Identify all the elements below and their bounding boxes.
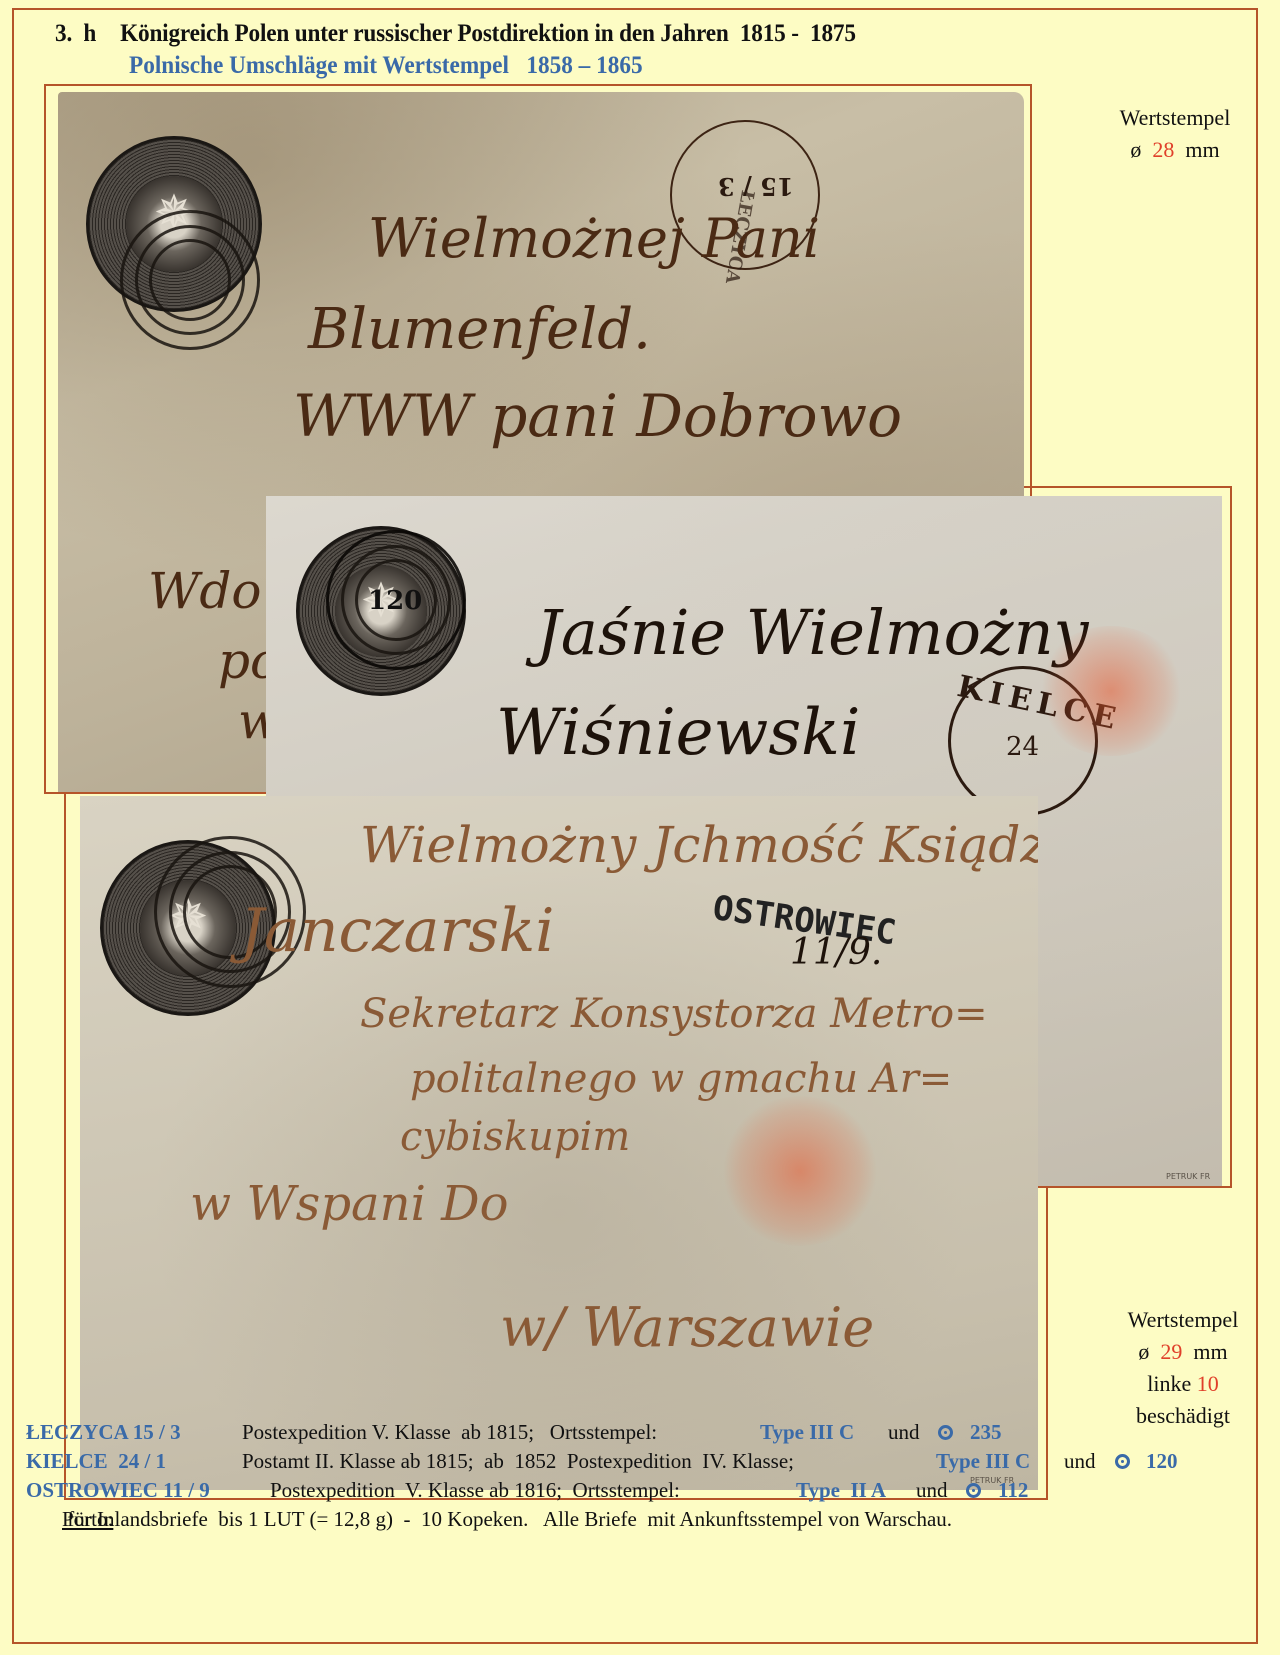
caption-number: 120 <box>1146 1447 1178 1476</box>
address-line: Wiśniewski <box>496 696 860 770</box>
numeral-cancel-number: 120 <box>368 586 422 616</box>
caption-row: ŁECZYCA 15 / 3 Postexpedition V. Klasse … <box>26 1418 47 1447</box>
address-line: Janczarski <box>240 896 554 966</box>
address-line: cybiskupim <box>400 1114 630 1160</box>
target-icon <box>1115 1454 1130 1469</box>
postmark-date: 24 <box>1006 732 1039 762</box>
address-line: Jaśnie Wielmożny <box>536 596 1089 669</box>
note-label: Wertstempel <box>1098 1304 1268 1336</box>
caption-und: und <box>916 1476 948 1505</box>
address-line: politalnego w gmachu Ar= <box>410 1056 952 1102</box>
captions: ŁECZYCA 15 / 3 Postexpedition V. Klasse … <box>26 1418 47 1534</box>
address-line: Blumenfeld. <box>308 297 651 362</box>
caption-text: Postexpedition V. Klasse ab 1815; Ortsst… <box>242 1418 657 1447</box>
printer-imprint: PETRUK FR <box>1166 1172 1210 1181</box>
caption-und: und <box>888 1418 920 1447</box>
postmark-date-manuscript: 11/9. <box>790 932 882 973</box>
caption-place: KIELCE 24 / 1 <box>26 1447 166 1476</box>
address-line: WWW pani Dobrowo <box>293 382 902 450</box>
note-label: Wertstempel <box>1090 102 1260 134</box>
caption-row: KIELCE 24 / 1 Postamt II. Klasse ab 1815… <box>26 1447 47 1476</box>
caption-type: Type III C <box>760 1418 854 1447</box>
note-damage-suffix: beschädigt <box>1098 1400 1268 1432</box>
porto-text: für Inlandsbriefe bis 1 LUT (= 12,8 g) -… <box>62 1505 952 1534</box>
page-title: 3. hKönigreich Polen unter russischer Po… <box>55 20 856 48</box>
page-subtitle: Polnische Umschläge mit Wertstempel 1858… <box>129 52 643 80</box>
address-line: Wielmożny Jchmość Ksiądz <box>360 816 1038 874</box>
title-text: Königreich Polen unter russischer Postdi… <box>120 20 856 47</box>
address-line: Sekretarz Konsystorza Metro= <box>360 991 988 1037</box>
address-line: w/ Warszawie <box>500 1296 874 1359</box>
note-damage: linke 10 <box>1098 1368 1268 1400</box>
address-line: Wdo <box>148 562 262 620</box>
red-arrival-postmark <box>720 1096 880 1246</box>
caption-text: Postamt II. Klasse ab 1815; ab 1852 Post… <box>242 1447 794 1476</box>
porto-row: Porto: für Inlandsbriefe bis 1 LUT (= 12… <box>26 1505 47 1534</box>
section-number: 3. h <box>55 20 120 48</box>
target-icon <box>966 1483 981 1498</box>
caption-und: und <box>1064 1447 1096 1476</box>
caption-place: OSTROWIEC 11 / 9 <box>26 1476 210 1505</box>
stamp-size-note-bottom: Wertstempel ø 29 mm linke 10 beschädigt <box>1098 1304 1268 1432</box>
note-diameter: ø 28 mm <box>1090 134 1260 166</box>
caption-text: Postexpedition V. Klasse ab 1816; Ortsst… <box>270 1476 680 1505</box>
red-arrival-postmark <box>1036 626 1186 756</box>
caption-number: 235 <box>970 1418 1002 1447</box>
target-icon <box>938 1425 953 1440</box>
caption-place: ŁECZYCA 15 / 3 <box>26 1418 181 1447</box>
stamp-size-note-top: Wertstempel ø 28 mm <box>1090 102 1260 166</box>
caption-type: Type II A <box>796 1476 886 1505</box>
concentric-rings-cancel <box>120 210 260 350</box>
note-diameter: ø 29 mm <box>1098 1336 1268 1368</box>
caption-number: 112 <box>998 1476 1028 1505</box>
address-line: w Wspani Do <box>190 1176 509 1232</box>
caption-row: OSTROWIEC 11 / 9 Postexpedition V. Klass… <box>26 1476 47 1505</box>
envelope-ostrowiec: ✵ Wielmożny Jchmość Ksiądz OSTROWIEC 11/… <box>80 796 1038 1490</box>
caption-type: Type III C <box>936 1447 1030 1476</box>
address-line: Wielmożnej Pani <box>368 207 820 270</box>
